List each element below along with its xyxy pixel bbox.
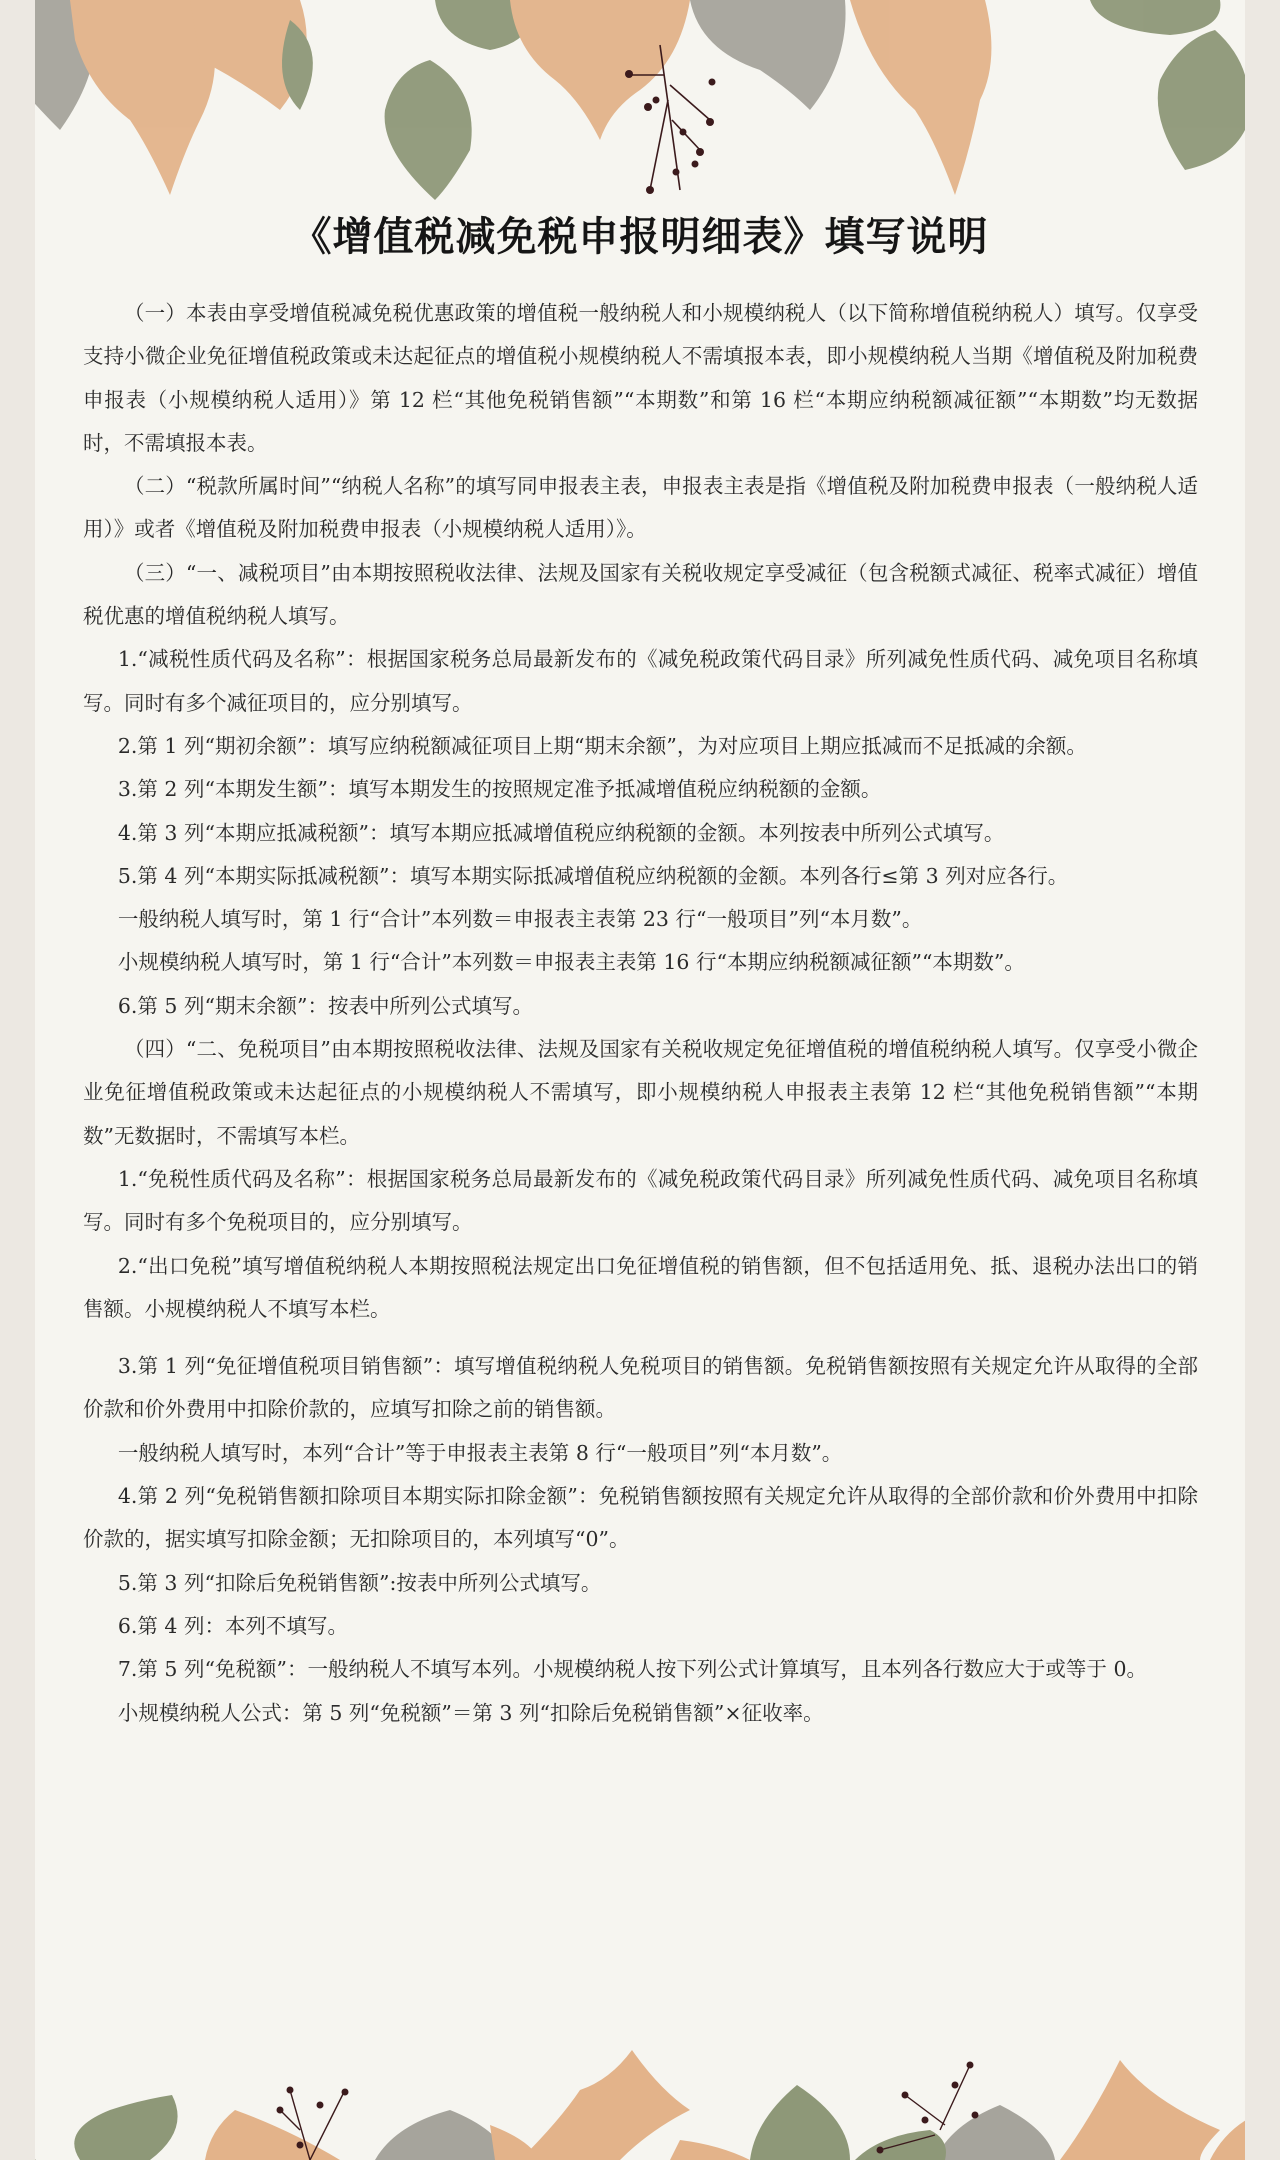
paragraph-section-3: （三）“一、减税项目”由本期按照税收法律、法规及国家有关税收规定享受减征（包含税… — [83, 552, 1198, 639]
paragraph-section-1: （一）本表由享受增值税减免税优惠政策的增值税一般纳税人和小规模纳税人（以下简称增… — [83, 292, 1198, 465]
paragraph-reduction-item-1: 1.“减税性质代码及名称”：根据国家税务总局最新发布的《减免税政策代码目录》所列… — [83, 638, 1198, 725]
paragraph-general-taxpayer-note: 一般纳税人填写时，第 1 行“合计”本列数＝申报表主表第 23 行“一般项目”列… — [83, 898, 1198, 941]
page-title: 《增值税减免税申报明细表》填写说明 — [35, 205, 1245, 262]
instructions-body: （一）本表由享受增值税减免税优惠政策的增值税一般纳税人和小规模纳税人（以下简称增… — [83, 292, 1198, 1735]
autumn-leaves-bottom-decoration-icon — [35, 2050, 1245, 2160]
paragraph-exemption-item-3: 3.第 1 列“免征增值税项目销售额”：填写增值税纳税人免税项目的销售额。免税销… — [83, 1345, 1198, 1432]
paragraph-reduction-item-4: 4.第 3 列“本期应抵减税额”：填写本期应抵减增值税应纳税额的金额。本列按表中… — [83, 812, 1198, 855]
paragraph-section-2: （二）“税款所属时间”“纳税人名称”的填写同申报表主表，申报表主表是指《增值税及… — [83, 465, 1198, 552]
paragraph-exemption-item-4: 4.第 2 列“免税销售额扣除项目本期实际扣除金额”：免税销售额按照有关规定允许… — [83, 1475, 1198, 1562]
paragraph-exemption-item-1: 1.“免税性质代码及名称”：根据国家税务总局最新发布的《减免税政策代码目录》所列… — [83, 1158, 1198, 1245]
paragraph-general-taxpayer-exempt-note: 一般纳税人填写时，本列“合计”等于申报表主表第 8 行“一般项目”列“本月数”。 — [83, 1432, 1198, 1475]
autumn-leaves-top-decoration-icon — [35, 0, 1245, 200]
paragraph-section-4: （四）“二、免税项目”由本期按照税收法律、法规及国家有关税收规定免征增值税的增值… — [83, 1028, 1198, 1158]
paragraph-exemption-item-2: 2.“出口免税”填写增值税纳税人本期按照税法规定出口免征增值税的销售额，但不包括… — [83, 1245, 1198, 1332]
document-page: 《增值税减免税申报明细表》填写说明 （一）本表由享受增值税减免税优惠政策的增值税… — [35, 0, 1245, 2160]
paragraph-reduction-item-2: 2.第 1 列“期初余额”：填写应纳税额减征项目上期“期末余额”，为对应项目上期… — [83, 725, 1198, 768]
paragraph-reduction-item-5: 5.第 4 列“本期实际抵减税额”：填写本期实际抵减增值税应纳税额的金额。本列各… — [83, 855, 1198, 898]
paragraph-small-taxpayer-note: 小规模纳税人填写时，第 1 行“合计”本列数＝申报表主表第 16 行“本期应纳税… — [83, 941, 1198, 984]
paragraph-reduction-item-3: 3.第 2 列“本期发生额”：填写本期发生的按照规定准予抵减增值税应纳税额的金额… — [83, 768, 1198, 811]
paragraph-exemption-item-5: 5.第 3 列“扣除后免税销售额”:按表中所列公式填写。 — [83, 1562, 1198, 1605]
paragraph-reduction-item-6: 6.第 5 列“期末余额”：按表中所列公式填写。 — [83, 985, 1198, 1028]
paragraph-exemption-item-6: 6.第 4 列：本列不填写。 — [83, 1605, 1198, 1648]
paragraph-small-taxpayer-formula: 小规模纳税人公式：第 5 列“免税额”＝第 3 列“扣除后免税销售额”×征收率。 — [83, 1692, 1198, 1735]
paragraph-exemption-item-7: 7.第 5 列“免税额”：一般纳税人不填写本列。小规模纳税人按下列公式计算填写，… — [83, 1648, 1198, 1691]
